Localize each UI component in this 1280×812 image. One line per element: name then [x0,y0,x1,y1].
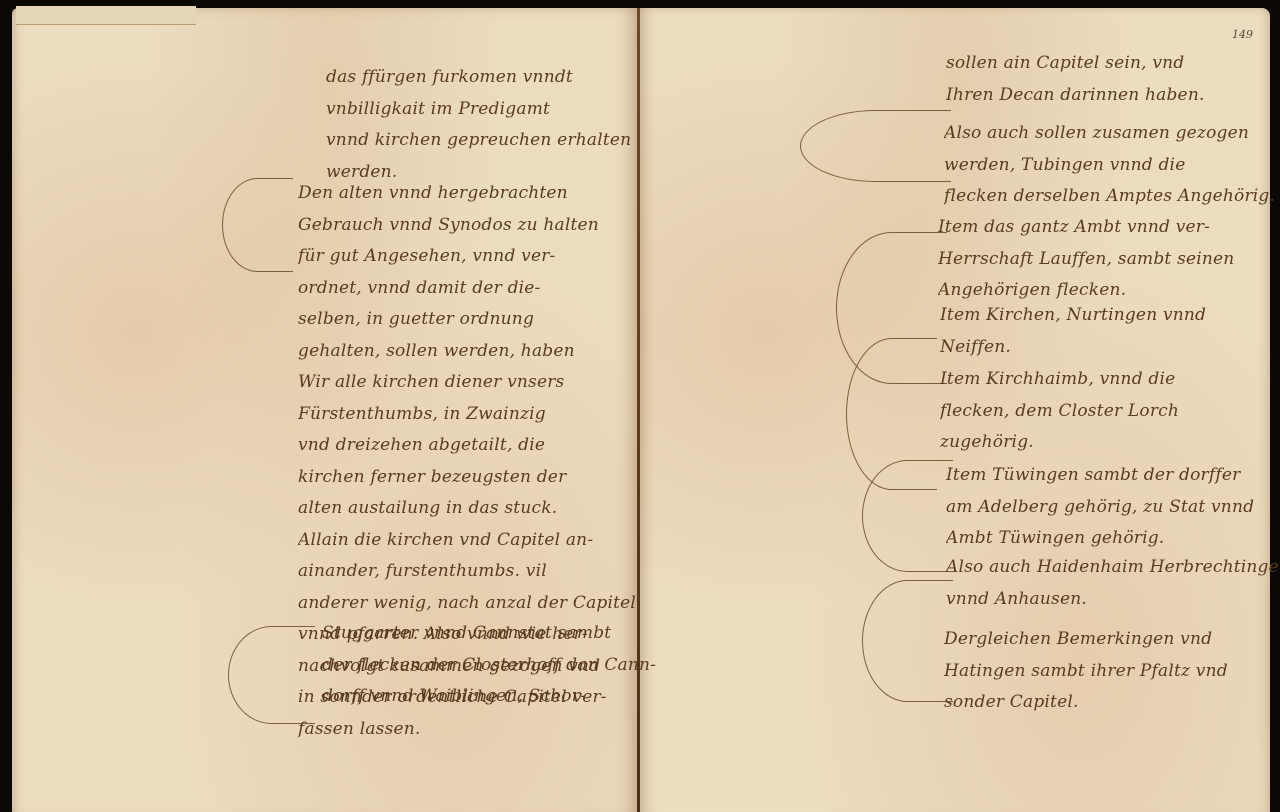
text-line: der flecken der Closterhoff dan Cann- [322,650,656,682]
text-line: Ihren Decan darinnen haben. [946,80,1205,112]
text-line: zugehörig. [940,427,1179,459]
paragraph: sollen ain Capitel sein, vnd Ihren Decan… [946,48,1205,111]
paragraph: Stuggarter vnnd Cannstat sambt der fleck… [322,618,656,713]
paragraph: Also auch Haidenhaim Herbrechtingen vnnd… [946,552,1280,615]
right-page-text: sollen ain Capitel sein, vnd Ihren Decan… [946,48,1205,121]
right-page-text: Item Tüwingen sambt der dorffer am Adelb… [946,460,1254,565]
text-line: Fürstenthumbs, in Zwainzig [298,399,636,431]
text-line: Dergleichen Bemerkingen vnd [944,624,1228,656]
folio-number: 149 [1232,28,1253,41]
text-line: Stuggarter vnnd Cannstat sambt [322,618,656,650]
initial-flourish-icon [862,580,953,702]
paragraph: Item Tüwingen sambt der dorffer am Adelb… [946,460,1254,555]
text-line: anderer wenig, nach anzal der Capitel [298,588,636,620]
paragraph: Also auch sollen zusamen gezogen werden,… [944,118,1275,213]
text-line: Item Tüwingen sambt der dorffer [946,460,1254,492]
text-line: Also auch sollen zusamen gezogen [944,118,1275,150]
text-line: ordnet, vnnd damit der die- [298,273,636,305]
right-page-text: Also auch Haidenhaim Herbrechtingen vnnd… [946,552,1280,625]
right-page-text: Item Kirchhaimb, vnnd die flecken, dem C… [940,364,1179,469]
torn-page-flap [16,6,196,25]
text-line: vnnd kirchen gepreuchen erhalten [326,125,631,157]
text-line: für gut Angesehen, vnnd ver- [298,241,636,273]
text-line: Ambt Tüwingen gehörig. [946,523,1254,555]
paragraph: das ffürgen furkomen vnndt vnbilligkait … [326,62,631,188]
text-line: vnnd Anhausen. [946,584,1280,616]
text-line: Allain die kirchen vnd Capitel an- [298,525,636,557]
text-line: Den alten vnnd hergebrachten [298,178,636,210]
text-line: vnbilligkait im Predigamt [326,94,631,126]
text-line: Also auch Haidenhaim Herbrechtingen [946,552,1280,584]
text-line: vnd dreizehen abgetailt, die [298,430,636,462]
text-line: Neiffen. [940,332,1206,364]
text-line: kirchen ferner bezeugsten der [298,462,636,494]
paragraph: Item das gantz Ambt vnnd ver- Herrschaft… [938,212,1234,307]
text-line: ainander, furstenthumbs. vil [298,556,636,588]
right-page-text: Item Kirchen, Nurtingen vnnd Neiffen. [940,300,1206,373]
text-line: alten austailung in das stuck. [298,493,636,525]
text-line: Item Kirchhaimb, vnnd die [940,364,1179,396]
text-line: Hatingen sambt ihrer Pfaltz vnd [944,656,1228,688]
text-line: werden, Tubingen vnnd die [944,150,1275,182]
right-page-text: Also auch sollen zusamen gezogen werden,… [944,118,1275,223]
text-line: selben, in guetter ordnung [298,304,636,336]
text-line: am Adelberg gehörig, zu Stat vnnd [946,492,1254,524]
paragraph: Dergleichen Bemerkingen vnd Hatingen sam… [944,624,1228,719]
text-line: Wir alle kirchen diener vnsers [298,367,636,399]
text-line: gehalten, sollen werden, haben [298,336,636,368]
text-line: das ffürgen furkomen vnndt [326,62,631,94]
text-line: sollen ain Capitel sein, vnd [946,48,1205,80]
initial-flourish-icon [862,460,953,572]
text-line: sonder Capitel. [944,687,1228,719]
paragraph: Item Kirchhaimb, vnnd die flecken, dem C… [940,364,1179,459]
text-line: flecken derselben Amptes Angehörig. [944,181,1275,213]
text-line: flecken, dem Closter Lorch [940,396,1179,428]
initial-flourish-icon [800,110,951,182]
left-page-text: Stuggarter vnnd Cannstat sambt der fleck… [322,618,656,723]
text-line: Item Kirchen, Nurtingen vnnd [940,300,1206,332]
text-line: Gebrauch vnnd Synodos zu halten [298,210,636,242]
paragraph: Item Kirchen, Nurtingen vnnd Neiffen. [940,300,1206,363]
text-line: Herrschaft Lauffen, sambt seinen [938,244,1234,276]
text-line: Item das gantz Ambt vnnd ver- [938,212,1234,244]
initial-flourish-icon [222,178,293,272]
text-line: dorff vnnd Waiblingen, Schor- [322,681,656,713]
right-page-text: Dergleichen Bemerkingen vnd Hatingen sam… [944,624,1228,729]
